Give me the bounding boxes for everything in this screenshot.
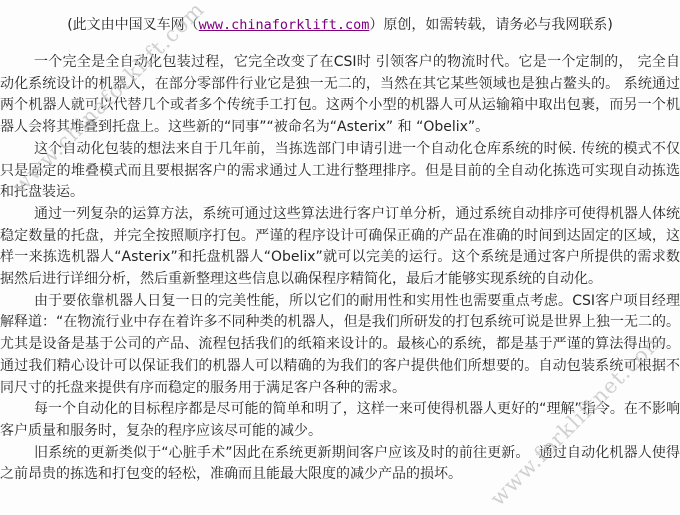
article-paragraph-6: 旧系统的更新类似于“心脏手术”因此在系统更新期间客户应该及时的前往更新。 通过自… xyxy=(0,443,680,486)
article-page: www.chinaforklift.com www.forkliftnet.co… xyxy=(0,0,680,515)
source-attribution-line: (此文由中国叉车网（www.chinaforklift.com）原创，如需转载，… xyxy=(0,15,680,35)
article-body: 一个完全是全自动化包装过程，它完全改变了在CSI时 引领客户的物流时代。它是一个… xyxy=(0,52,680,486)
article-paragraph-5: 每一个自动化的目标程序都是尽可能的简单和明了，这样一来可使得机器人更好的“理解”… xyxy=(0,399,680,442)
article-paragraph-4: 由于要依靠机器人日复一日的完美性能，所以它们的耐用性和实用性也需要重点考虑。CS… xyxy=(0,291,680,400)
article-paragraph-1: 一个完全是全自动化包装过程，它完全改变了在CSI时 引领客户的物流时代。它是一个… xyxy=(0,52,680,139)
source-attribution-prefix: (此文由中国叉车网（ xyxy=(67,17,198,33)
source-attribution-suffix: ）原创，如需转载，请务必与我网联系) xyxy=(369,17,612,33)
source-link[interactable]: www.chinaforklift.com xyxy=(199,17,370,33)
article-paragraph-2: 这个自动化包装的想法来自于几年前，当拣选部门申请引进一个自动化仓库系统的时候. … xyxy=(0,139,680,204)
article-paragraph-3: 通过一列复杂的运算方法，系统可通过这些算法进行客户订单分析，通过系统自动排序可使… xyxy=(0,204,680,291)
